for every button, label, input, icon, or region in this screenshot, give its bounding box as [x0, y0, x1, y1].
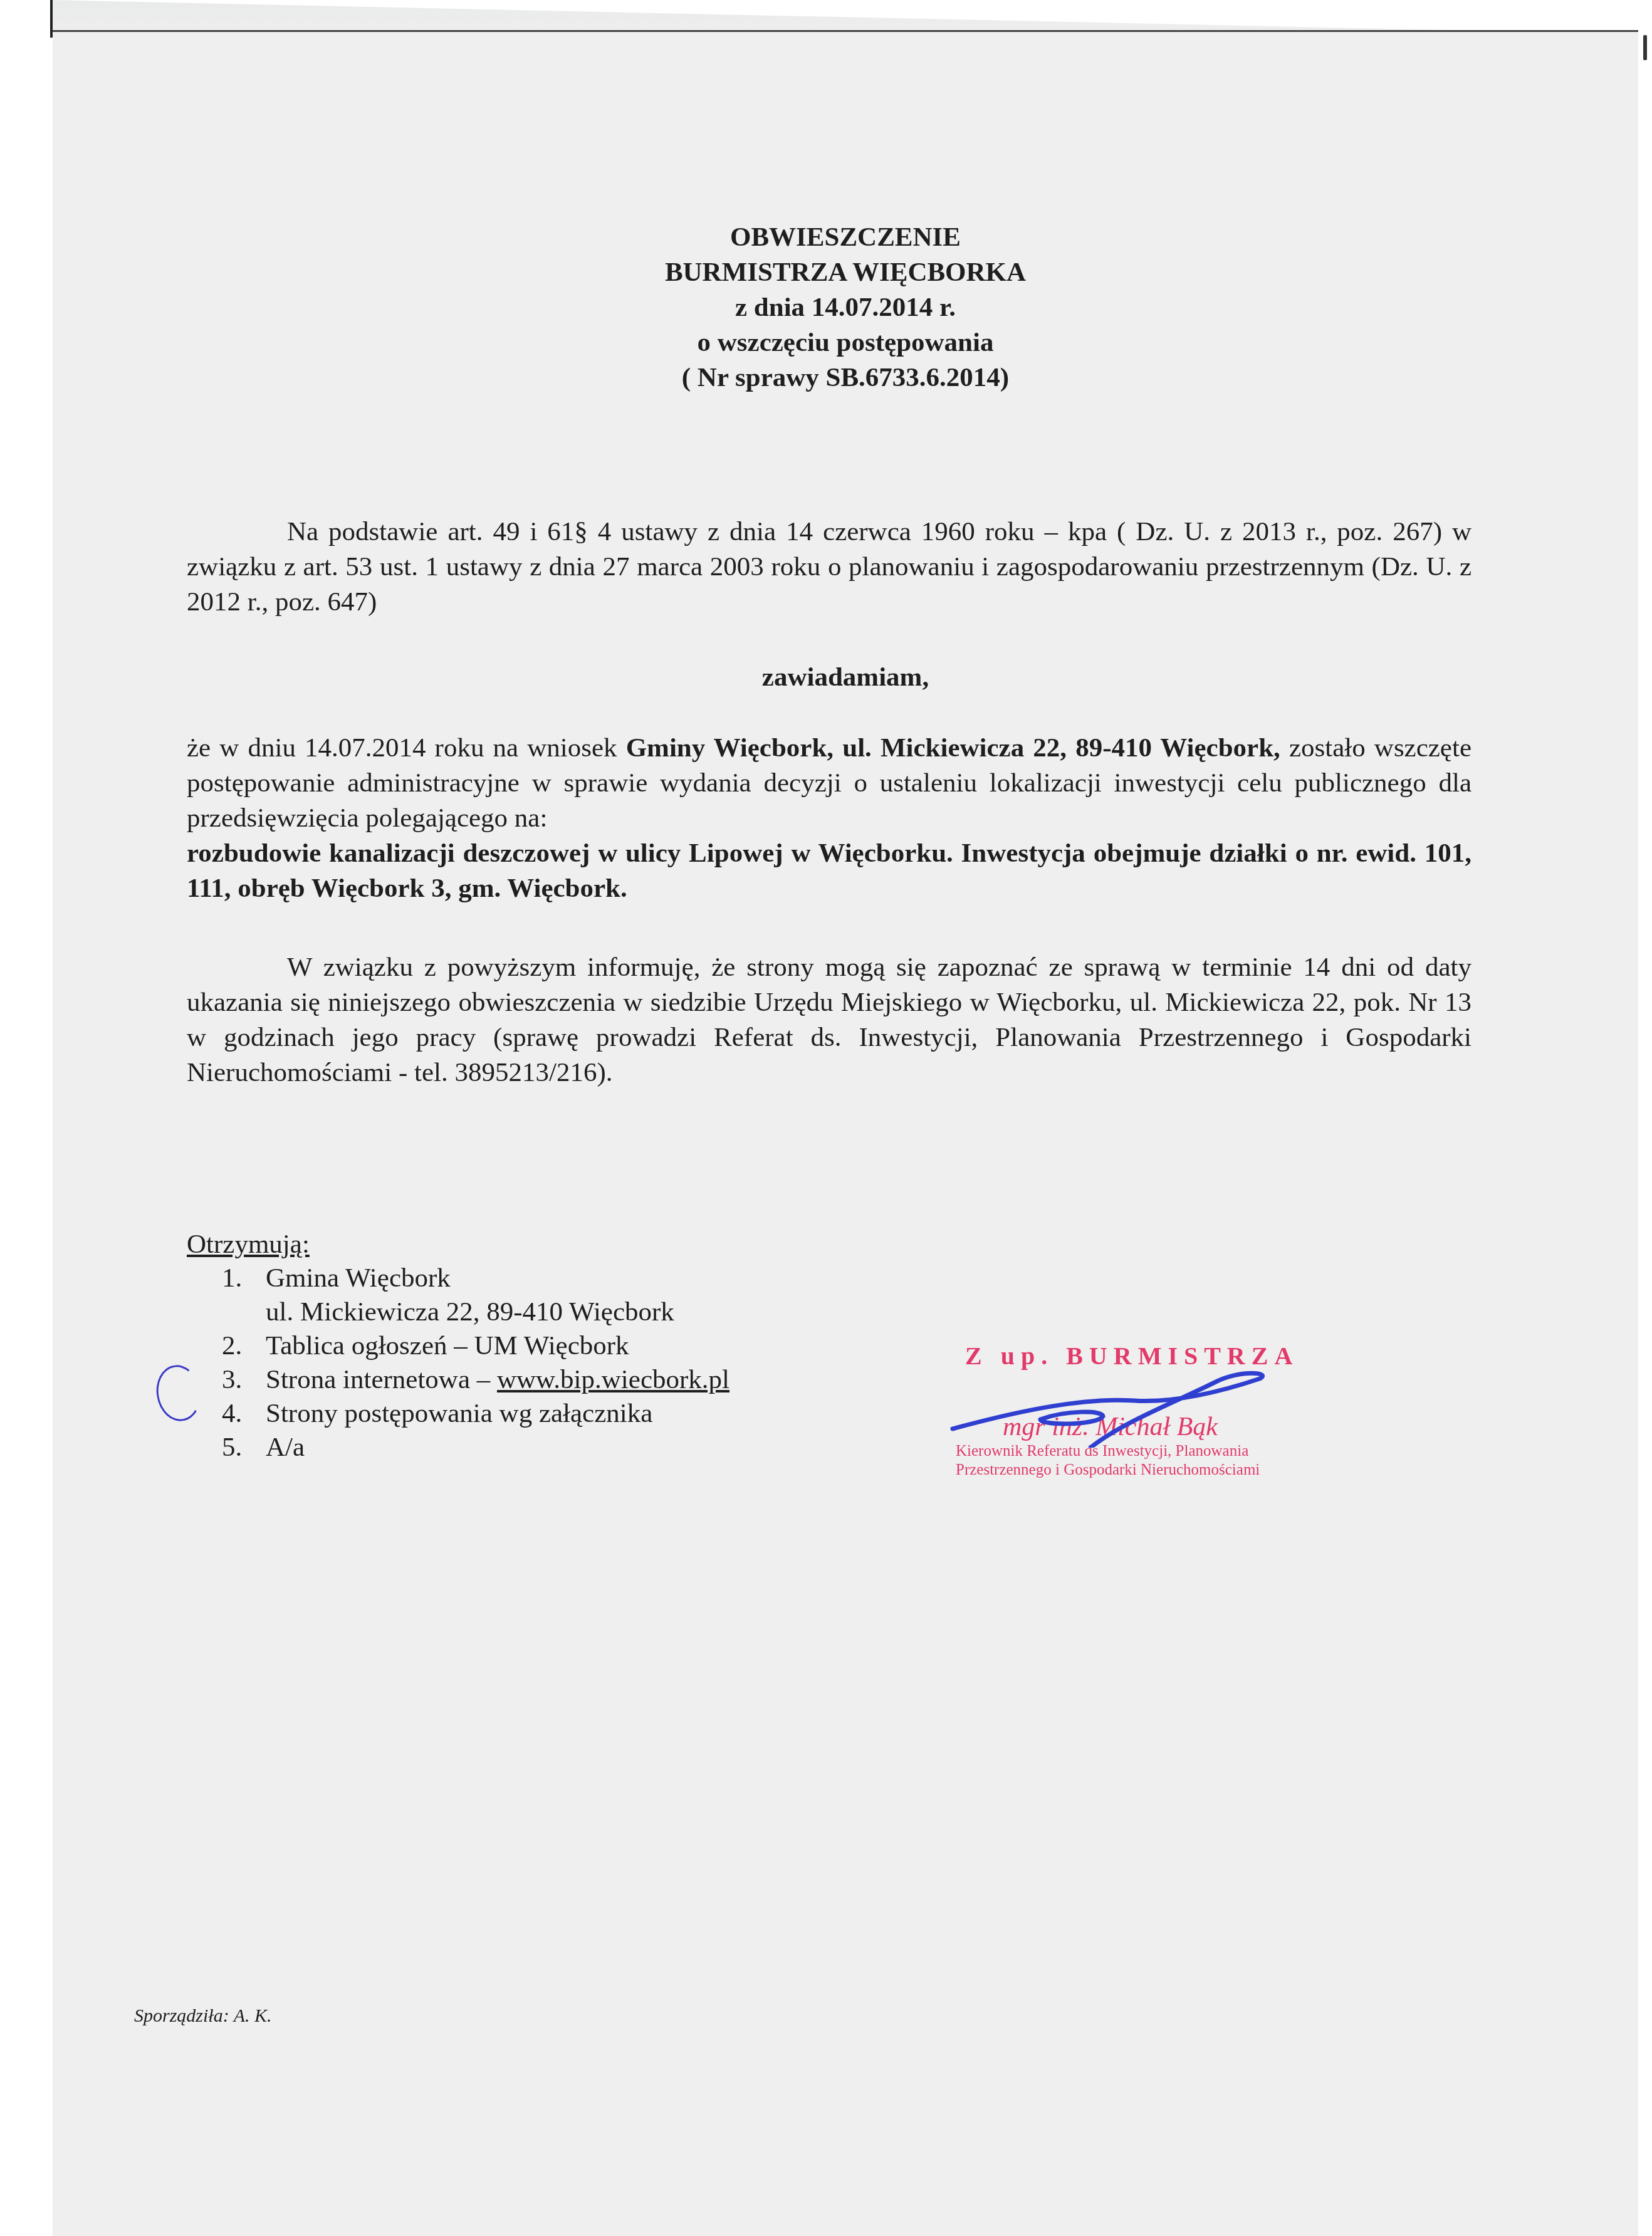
project-description: rozbudowie kanalizacji deszczowej w ulic… [187, 838, 1472, 903]
case-number: ( Nr sprawy SB.6733.6.2014) [53, 360, 1638, 395]
recipient-item: 2. Tablica ogłoszeń – UM Więcbork [222, 1329, 729, 1363]
information-paragraph: W związku z powyższym informuję, że stro… [187, 950, 1472, 1090]
document-page: OBWIESZCZENIE BURMISTRZA WIĘCBORKA z dni… [53, 30, 1638, 2236]
scan-edge [50, 0, 1652, 33]
applicant: Gminy Więcbork, ul. Mickiewicza 22, 89-4… [626, 733, 1280, 763]
recipient-item: 1. Gmina Więcbork [222, 1262, 729, 1295]
document-title: OBWIESZCZENIE [53, 220, 1638, 255]
recipient-item: 4. Strony postępowania wg załącznika [222, 1397, 729, 1431]
document-date: z dnia 14.07.2014 r. [53, 290, 1638, 325]
recipient-item: 3. Strona internetowa – www.bip.wiecbork… [222, 1363, 729, 1397]
notice-word: zawiadamiam, [53, 662, 1638, 692]
document-header: OBWIESZCZENIE BURMISTRZA WIĘCBORKA z dni… [53, 220, 1638, 395]
recipients-list: 1. Gmina Więcbork ul. Mickiewicza 22, 89… [222, 1262, 729, 1465]
recipient-item: 5. A/a [222, 1431, 729, 1465]
document-issuer: BURMISTRZA WIĘCBORKA [53, 255, 1638, 290]
document-subject: o wszczęciu postępowania [53, 325, 1638, 360]
recipients-title: Otrzymują: [187, 1229, 310, 1260]
body-paragraph: że w dniu 14.07.2014 roku na wniosek Gmi… [187, 731, 1472, 906]
recipient-item-address: ul. Mickiewicza 22, 89-410 Więcbork [222, 1295, 729, 1329]
handwritten-signature [946, 1366, 1272, 1448]
scan-edge-right [1643, 35, 1647, 60]
website-link[interactable]: www.bip.wiecbork.pl [497, 1365, 729, 1394]
body-intro: że w dniu 14.07.2014 roku na wniosek [187, 733, 626, 763]
prepared-by: Sporządziła: A. K. [134, 2005, 271, 2027]
legal-basis-paragraph: Na podstawie art. 49 i 61§ 4 ustawy z dn… [187, 515, 1472, 620]
stamp-role-line2: Przestrzennego i Gospodarki Nieruchomośc… [953, 1461, 1329, 1480]
